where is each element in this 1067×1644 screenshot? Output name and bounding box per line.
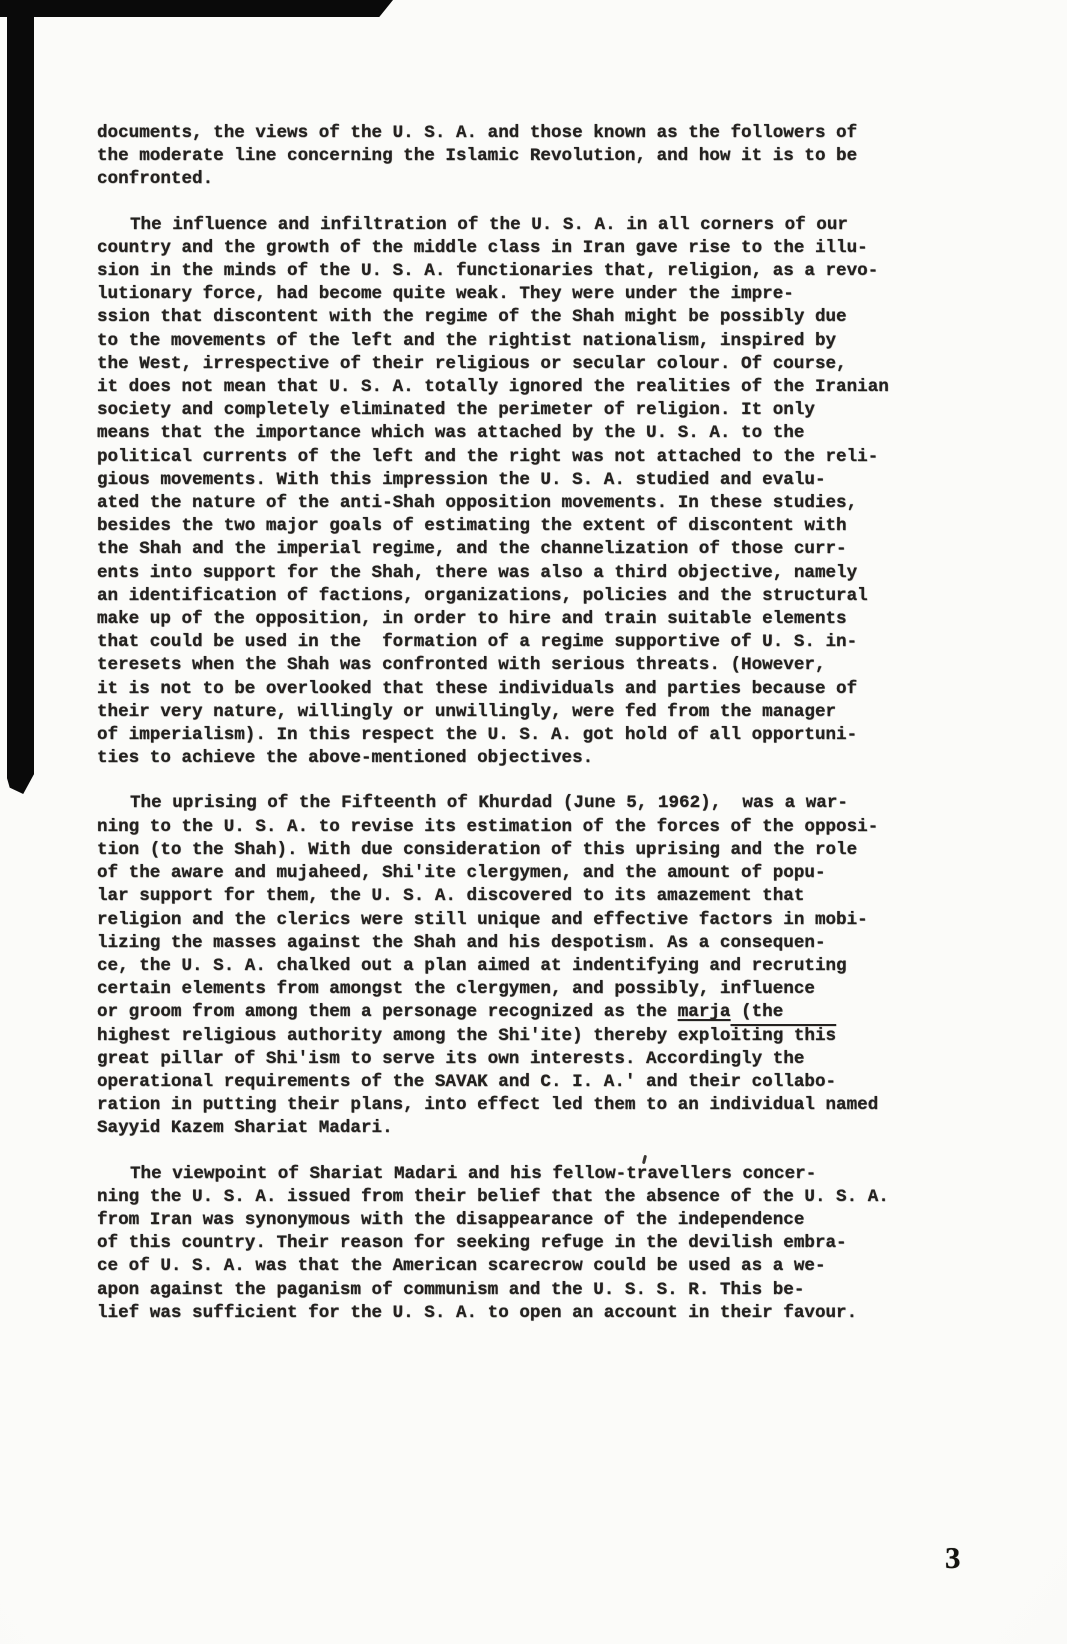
text-line: the West, irrespective of their religiou… [97,354,847,374]
text-line: lief was sufficient for the U. S. A. to … [97,1303,857,1323]
text-line: tion (to the Shah). With due considerati… [97,840,857,860]
text-line: apon against the paganism of communism a… [97,1280,804,1300]
text-line: ated the nature of the anti-Shah opposit… [97,493,857,513]
text-line: ning to the U. S. A. to revise its estim… [97,817,878,837]
scanned-page: documents, the views of the U. S. A. and… [0,0,1067,1644]
scan-artifact-top-bar [0,0,393,17]
text-line: great pillar of Shi'ism to serve its own… [97,1049,804,1069]
text-line: the Shah and the imperial regime, and th… [97,539,847,559]
text-line: political currents of the left and the r… [97,447,878,467]
text-line: of the aware and mujaheed, Shi'ite clerg… [97,863,826,883]
text-line: an identification of factions, organizat… [97,586,868,606]
text-line: confronted. [97,169,213,189]
text-line: operational requirements of the SAVAK an… [97,1072,836,1092]
text-line: The influence and infiltration of the U.… [130,215,848,235]
page-number: 3 [945,1540,961,1576]
text-line: to the movements of the left and the rig… [97,331,836,351]
text-line: ration in putting their plans, into effe… [97,1095,878,1115]
paragraph-1: documents, the views of the U. S. A. and… [97,122,937,192]
text-line: of this country. Their reason for seekin… [97,1233,847,1253]
text-line: teresets when the Shah was confronted wi… [97,655,826,675]
text-line: of imperialism). In this respect the U. … [97,725,857,745]
text-line: gious movements. With this impression th… [97,470,826,490]
text-line: ents into support for the Shah, there wa… [97,563,857,583]
text-line: ning the U. S. A. issued from their beli… [97,1187,889,1207]
text-line: The viewpoint of Shariat Madari and his … [130,1164,816,1184]
text-line: or groom from among them a personage rec… [97,1002,783,1022]
text-line: means that the importance which was atta… [97,423,804,443]
text-line: the moderate line concerning the Islamic… [97,146,857,166]
text-line: country and the growth of the middle cla… [97,238,868,258]
text-line: lar support for them, the U. S. A. disco… [97,886,804,906]
text-line: ssion that discontent with the regime of… [97,307,847,327]
scan-artifact-left-bar [7,0,34,794]
text-line: it is not to be overlooked that these in… [97,679,857,699]
text-line: sion in the minds of the U. S. A. functi… [97,261,878,281]
text-line: besides the two major goals of estimatin… [97,516,847,536]
text-line: The uprising of the Fifteenth of Khurdad… [130,793,848,813]
text-line: ties to achieve the above-mentioned obje… [97,748,593,768]
text-line: Sayyid Kazem Shariat Madari. [97,1118,393,1138]
paragraph-4: The viewpoint of Shariat Madari and his … [97,1163,937,1325]
text-line: religion and the clerics were still uniq… [97,910,868,930]
text-line: their very nature, willingly or unwillin… [97,702,836,722]
text-line: lizing the masses against the Shah and h… [97,933,826,953]
text-line: highest religious authority among the Sh… [97,1026,836,1046]
text-line: lutionary force, had become quite weak. … [97,284,794,304]
text-line: certain elements from amongst the clergy… [97,979,815,999]
text-line: society and completely eliminated the pe… [97,400,815,420]
paragraph-2: The influence and infiltration of the U.… [97,214,937,771]
text-line: make up of the opposition, in order to h… [97,609,847,629]
text-line: from Iran was synonymous with the disapp… [97,1210,804,1230]
text-line: ce, the U. S. A. chalked out a plan aime… [97,956,847,976]
text-line: documents, the views of the U. S. A. and… [97,123,857,143]
text-line: it does not mean that U. S. A. totally i… [97,377,889,397]
text-line: ce of U. S. A. was that the American sca… [97,1256,826,1276]
text-line: that could be used in the formation of a… [97,632,857,652]
page-text: documents, the views of the U. S. A. and… [97,122,937,1347]
paragraph-3: The uprising of the Fifteenth of Khurdad… [97,792,937,1140]
